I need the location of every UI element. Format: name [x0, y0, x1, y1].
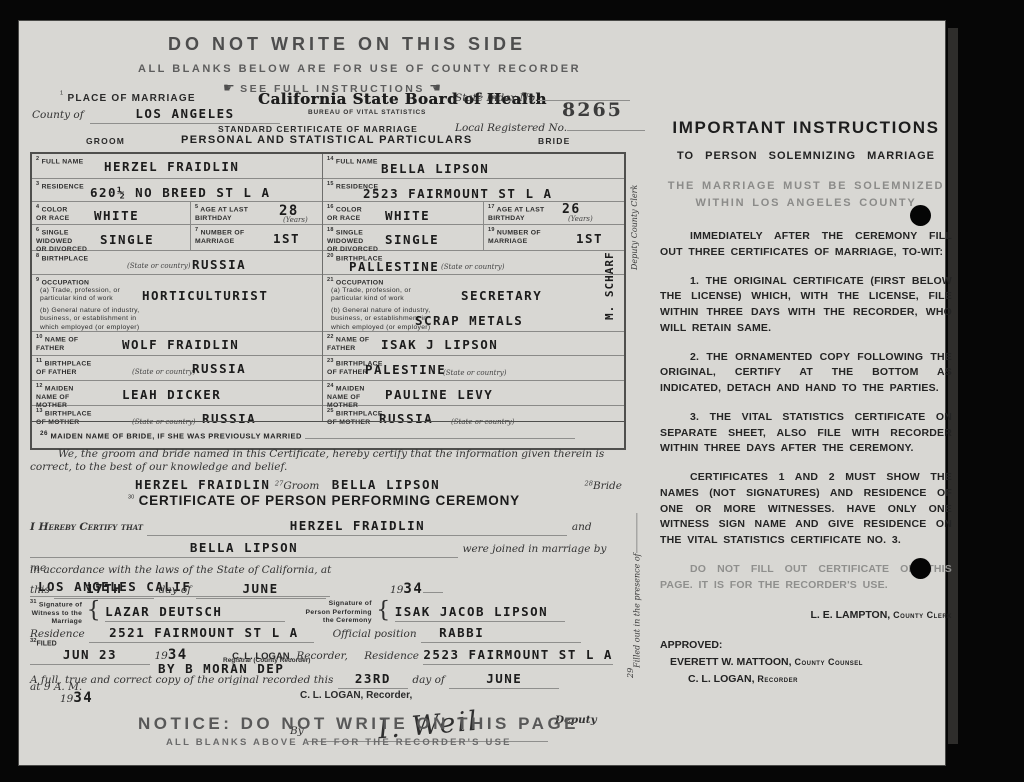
field-label: RESIDENCE	[42, 183, 84, 190]
particulars-label: PERSONAL AND STATISTICAL PARTICULARS	[181, 134, 473, 146]
bride-father-row: 22 NAME OF FATHER ISAK J LIPSON	[323, 332, 624, 356]
field-label: OCCUPATION	[336, 279, 384, 286]
state-country-hint: (State or country)	[443, 369, 506, 377]
county-value: LOS ANGELES	[135, 106, 234, 121]
bride-residence-value: 2523 FAIRMOUNT ST L A	[363, 186, 553, 201]
hole-punch-bottom	[910, 558, 931, 579]
instruction-paragraph-1: 1. THE ORIGINAL CERTIFICATE (FIRST BELOW…	[660, 274, 952, 337]
field-label: OCCUPATION	[42, 279, 90, 286]
field-label: COLOR OR RACE	[36, 206, 69, 221]
certificate-paper: DO NOT WRITE ON THIS SIDE ALL BLANKS BEL…	[18, 20, 946, 766]
bride-birthplace-value: PALLESTINE	[349, 259, 439, 274]
do-not-write-heading: DO NOT WRITE ON THIS SIDE	[168, 34, 526, 55]
official-position-value: RABBI	[439, 625, 484, 640]
groom-number-value: 1ST	[273, 231, 300, 246]
recorded-day-of: day of	[412, 674, 444, 686]
bride-birthplace-row: 20 BIRTHPLACE PALLESTINE (State or count…	[323, 251, 624, 275]
presence-num: 29	[626, 668, 635, 678]
filed-date-value: JUN 23	[63, 647, 117, 662]
ceremony-year-value: 34	[403, 581, 423, 597]
approved-label: APPROVED:	[660, 639, 952, 651]
pointing-hand-right-icon: ☛	[223, 80, 236, 95]
witness-residence-value: 2521 FAIRMOUNT ST L A	[109, 625, 299, 640]
groom-birthplace-value: RUSSIA	[192, 257, 246, 272]
bride-single-value: SINGLE	[385, 232, 439, 247]
ceremony-title-num: 30	[128, 495, 134, 501]
state-index-label: State Index No.	[455, 92, 538, 104]
groom-full-name-row: 2 FULL NAME HERZEL FRAIDLIN	[32, 154, 322, 179]
attestation-paragraph: We, the groom and bride named in this Ce…	[30, 448, 622, 474]
state-country-hint: (State or country)	[127, 262, 190, 270]
instruction-paragraph-2: 2. THE ORNAMENTED COPY FOLLOWING THE ORI…	[660, 350, 952, 397]
and-label: and	[572, 521, 592, 533]
bride-full-name-value: BELLA LIPSON	[381, 161, 489, 176]
field-label: FULL NAME	[336, 158, 378, 165]
years-hint: (Years)	[283, 216, 308, 224]
groom-single-value: SINGLE	[100, 232, 154, 247]
field-label: AGE AT LAST BIRTHDAY	[488, 206, 545, 221]
recorded-month-value: JUNE	[486, 671, 522, 686]
instructions-subtitle: TO PERSON SOLEMNIZING MARRIAGE	[660, 150, 952, 162]
place-of-marriage-label: PLACE OF MARRIAGE	[68, 93, 196, 104]
solemnized-line-1: THE MARRIAGE MUST BE SOLEMNIZED	[660, 178, 952, 195]
performer-name-value: ISAK JACOB LIPSON	[395, 604, 548, 619]
solemnized-line-2: WITHIN LOS ANGELES COUNTY	[660, 195, 952, 212]
ceremony-day-value: 17TH	[86, 581, 122, 596]
groom-occupation-a-value: HORTICULTURIST	[142, 288, 268, 303]
witness-signature-label: Signature of Witness to the Marriage	[32, 601, 83, 625]
groom-color-value: WHITE	[94, 208, 139, 223]
groom-residence-row: 3 RESIDENCE 620½ NO BREED ST L A	[32, 179, 322, 202]
field-label: NUMBER OF MARRIAGE	[195, 229, 244, 244]
bride-sig-label: Bride	[593, 480, 622, 492]
groom-single-row: 6 SINGLE WIDOWED OR DIVORCED SINGLE 7 NU…	[32, 225, 322, 251]
bride-father-birthplace-row: 23 BIRTHPLACE OF FATHER PALESTINE (State…	[323, 356, 624, 381]
field-label: SINGLE WIDOWED OR DIVORCED	[36, 229, 87, 253]
groom-mother-row: 12 MAIDEN NAME OF MOTHER LEAH DICKER	[32, 381, 322, 406]
bride-father-value: ISAK J LIPSON	[381, 337, 498, 352]
performer-residence-value: 2523 FAIRMOUNT ST L A	[423, 647, 613, 662]
instruction-paragraph-3: 3. THE VITAL STATISTICS CERTIFICATE ON S…	[660, 410, 952, 457]
state-country-hint: (State or country)	[132, 368, 195, 376]
solemnized-note: THE MARRIAGE MUST BE SOLEMNIZED WITHIN L…	[660, 178, 952, 211]
recorder-approved-line: C. L. LOGAN, Recorder	[688, 673, 952, 685]
bride-full-name-row: 14 FULL NAME BELLA LIPSON	[323, 154, 624, 179]
bride-column-label: BRIDE	[538, 136, 570, 146]
county-counsel-line: EVERETT W. MATTOON, County Counsel	[670, 656, 952, 668]
bride-occupation-b-value: SCRAP METALS	[415, 313, 523, 328]
official-position-label: Official position	[333, 628, 417, 640]
bureau-label: BUREAU OF VITAL STATISTICS	[308, 109, 426, 116]
bride-occupation-row: 21 OCCUPATION (a) Trade, profession, or …	[323, 275, 624, 332]
county-of-label: County of	[32, 109, 84, 121]
bride-number-value: 1ST	[576, 231, 603, 246]
logan-name: C. L. LOGAN,	[688, 673, 755, 685]
notice-subheading: ALL BLANKS ABOVE ARE FOR THE RECORDER'S …	[166, 737, 512, 748]
groom-attest-name: HERZEL FRAIDLIN	[135, 477, 270, 492]
bride-single-row: 18 SINGLE WIDOWED OR DIVORCED SINGLE 19 …	[323, 225, 624, 251]
mattoon-name: EVERETT W. MATTOON,	[670, 656, 792, 668]
occupation-a-label: (a) Trade, profession, or particular kin…	[331, 287, 411, 304]
local-registered-label: Local Registered No.	[455, 122, 567, 134]
bride-attest-name: BELLA LIPSON	[332, 477, 440, 492]
field-label: NUMBER OF MARRIAGE	[488, 229, 541, 244]
groom-father-birthplace-value: RUSSIA	[192, 361, 246, 376]
groom-color-age-row: 4 COLOR OR RACE WHITE 5 AGE AT LAST BIRT…	[32, 202, 322, 225]
performer-signature-label: Signature of Person Performing the Cerem…	[306, 600, 372, 625]
maiden-name-label: MAIDEN NAME OF BRIDE, IF SHE WAS PREVIOU…	[51, 432, 302, 441]
occupation-a-label: (a) Trade, profession, or particular kin…	[40, 287, 120, 304]
groom-father-birthplace-row: 11 BIRTHPLACE OF FATHER (State or countr…	[32, 356, 322, 381]
all-blanks-subheading: ALL BLANKS BELOW ARE FOR USE OF COUNTY R…	[138, 63, 581, 75]
field-label: NAME OF FATHER	[327, 336, 369, 351]
occupation-b-label: (b) General nature of industry, business…	[40, 307, 139, 332]
recorder-line-2: C. L. LOGAN, Recorder,	[300, 690, 412, 701]
deputy-county-clerk-vertical: Deputy County Clerk	[630, 160, 639, 270]
bride-color-age-row: 16 COLOR OR RACE WHITE 17 AGE AT LAST BI…	[323, 202, 624, 225]
witness-name-value: LAZAR DEUTSCH	[105, 604, 222, 619]
lampton-title: County Clerk	[893, 610, 952, 620]
mattoon-title: County Counsel	[794, 657, 863, 667]
performer-brace: {	[376, 598, 390, 623]
groom-full-name-value: HERZEL FRAIDLIN	[104, 159, 239, 174]
groom-father-row: 10 NAME OF FATHER WOLF FRAIDLIN	[32, 332, 322, 356]
lampton-name: L. E. LAMPTON,	[811, 609, 891, 621]
do-not-fill-note: DO NOT FILL OUT CERTIFICATE ON THIS PAGE…	[660, 562, 952, 594]
groom-occupation-row: 9 OCCUPATION (a) Trade, profession, or p…	[32, 275, 322, 332]
hereby-certify-label: I Hereby Certify that	[30, 521, 143, 533]
groom-father-value: WOLF FRAIDLIN	[122, 337, 239, 352]
maiden-name-row: 26 MAIDEN NAME OF BRIDE, IF SHE WAS PREV…	[32, 421, 624, 448]
bride-color-value: WHITE	[385, 208, 430, 223]
field-label: SINGLE WIDOWED OR DIVORCED	[327, 229, 378, 253]
field-label: FULL NAME	[42, 158, 84, 165]
hole-punch-top	[910, 205, 931, 226]
certify-bride-name: BELLA LIPSON	[190, 540, 298, 555]
field-label: BIRTHPLACE	[42, 255, 89, 262]
field-label: AGE AT LAST BIRTHDAY	[195, 206, 248, 221]
field-label: NAME OF FATHER	[36, 336, 78, 351]
state-country-hint: (State or country)	[441, 263, 504, 271]
instruction-paragraph-4: CERTIFICATES 1 AND 2 MUST SHOW THE NAMES…	[660, 470, 952, 549]
place-of-marriage-num: 1	[60, 91, 63, 97]
logan-title: Recorder	[757, 674, 798, 684]
bride-occupation-a-value: SECRETARY	[461, 288, 542, 303]
notice-heading: NOTICE: DO NOT WRITE ON THIS PAGE	[138, 714, 579, 734]
groom-residence-value: 620½ NO BREED ST L A	[90, 185, 271, 200]
years-hint: (Years)	[568, 215, 593, 223]
groom-birthplace-row: 8 BIRTHPLACE (State or country) RUSSIA	[32, 251, 322, 275]
ceremony-certificate-title: CERTIFICATE OF PERSON PERFORMING CEREMON…	[139, 493, 520, 508]
bride-column: 14 FULL NAME BELLA LIPSON 15 RESIDENCE 2…	[323, 154, 624, 421]
groom-sig-label: Groom	[283, 480, 319, 492]
certify-groom-name: HERZEL FRAIDLIN	[290, 518, 425, 533]
recorded-year-pre: 19	[60, 693, 73, 705]
groom-mother-value: LEAH DICKER	[122, 387, 221, 402]
groom-column-label: GROOM	[86, 136, 125, 146]
scharf-vertical-note: M. SCHARF	[603, 230, 616, 320]
filled-out-vertical: 29Filled out in the presence of	[626, 440, 646, 678]
scanned-marriage-certificate: DO NOT WRITE ON THIS SIDE ALL BLANKS BEL…	[0, 0, 1024, 782]
this-label: this	[30, 584, 50, 596]
county-clerk-signature-line: L. E. LAMPTON, County Clerk	[660, 609, 952, 621]
bride-mother-row: 24 MAIDEN NAME OF MOTHER PAULINE LEVY	[323, 381, 624, 406]
bride-residence-row: 15 RESIDENCE 2523 FAIRMOUNT ST L A	[323, 179, 624, 202]
witness-brace: {	[87, 598, 101, 623]
groom-column: 2 FULL NAME HERZEL FRAIDLIN 3 RESIDENCE …	[32, 154, 323, 421]
bride-father-birthplace-value: PALESTINE	[365, 362, 446, 377]
important-instructions-panel: IMPORTANT INSTRUCTIONS TO PERSON SOLEMNI…	[660, 118, 952, 685]
ceremony-month-value: JUNE	[243, 581, 279, 596]
statistical-particulars-table: 2 FULL NAME HERZEL FRAIDLIN 3 RESIDENCE …	[30, 152, 626, 450]
recorded-time: at 9 A. M.	[30, 681, 82, 693]
day-of-label: day of	[159, 584, 191, 596]
performer-residence-label: Residence	[364, 650, 419, 662]
instructions-title: IMPORTANT INSTRUCTIONS	[660, 118, 952, 138]
presence-label: Filled out in the presence of	[632, 553, 641, 667]
standard-certificate-label: STANDARD CERTIFICATE OF MARRIAGE	[218, 124, 418, 134]
bride-mother-value: PAULINE LEVY	[385, 387, 493, 402]
instructions-intro: IMMEDIATELY AFTER THE CEREMONY FILL OUT …	[660, 229, 952, 261]
field-label: BIRTHPLACE OF FATHER	[36, 360, 91, 375]
year-pre: 19	[390, 584, 403, 596]
accordance-label: in accordance with the laws of the State…	[30, 564, 331, 576]
recorded-day-value: 23RD	[355, 671, 391, 686]
